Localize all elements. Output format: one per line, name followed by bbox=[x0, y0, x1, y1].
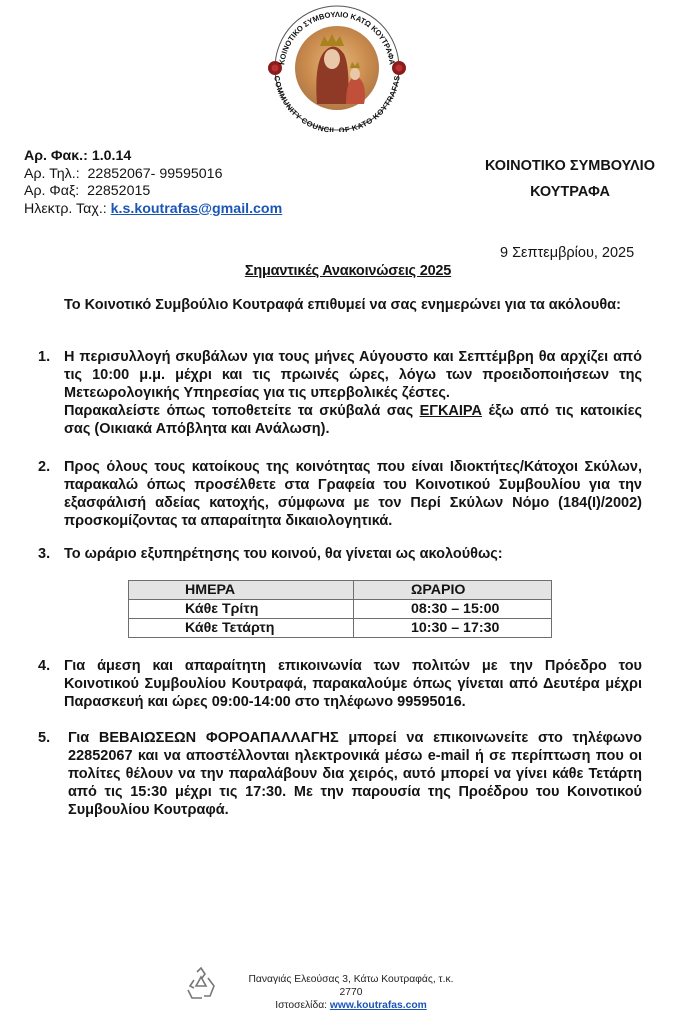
office-hours-table: ΗΜΕΡΑ ΩΡΑΡΙΟ Κάθε Τρίτη 08:30 – 15:00 Κά… bbox=[128, 580, 552, 638]
footer-website-line: Ιστοσελίδα: www.koutrafas.com bbox=[236, 999, 466, 1012]
table-row: Κάθε Τρίτη 08:30 – 15:00 bbox=[129, 600, 552, 619]
contact-block: Αρ. Φακ.: 1.0.14 Αρ. Τηλ.: 22852067- 995… bbox=[24, 148, 282, 218]
table-row: Κάθε Τετάρτη 10:30 – 17:30 bbox=[129, 619, 552, 638]
email-line: Ηλεκτρ. Ταχ.: k.s.koutrafas@gmail.com bbox=[24, 201, 282, 219]
announcement-item-2: 2. Προς όλους τους κατοίκους της κοινότη… bbox=[38, 458, 642, 530]
announcement-item-1: 1. Η περισυλλογή σκυβάλων για τους μήνες… bbox=[38, 348, 642, 438]
website-link[interactable]: www.koutrafas.com bbox=[330, 1000, 427, 1011]
emphasis-on-time: ΕΓΚΑΙΡΑ bbox=[420, 403, 482, 419]
table-header-row: ΗΜΕΡΑ ΩΡΑΡΙΟ bbox=[129, 581, 552, 600]
recycle-icon bbox=[182, 966, 220, 1002]
document-title: Σημαντικές Ανακοινώσεις 2025 bbox=[0, 262, 696, 280]
document-date: 9 Σεπτεμβρίου, 2025 bbox=[500, 245, 634, 261]
community-council-logo: ΚΟΙΝΟΤΙΚΟ ΣΥΜΒΟΥΛΙΟ ΚΑΤΩ ΚΟΥΤΡΑΦΑ COMMUN… bbox=[262, 4, 412, 132]
file-number: Αρ. Φακ.: 1.0.14 bbox=[24, 148, 282, 166]
fax-line: Αρ. Φαξ: 22852015 bbox=[24, 183, 282, 201]
organization-name: ΚΟΙΝΟΤΙΚΟ ΣΥΜΒΟΥΛΙΟ ΚΟΥΤΡΑΦΑ bbox=[470, 158, 670, 200]
announcement-item-3: 3. Το ωράριο εξυπηρέτησης του κοινού, θα… bbox=[38, 545, 642, 563]
announcement-item-4: 4. Για άμεση και απαραίτητη επικοινωνία … bbox=[38, 657, 642, 711]
footer-address: Παναγιάς Ελεούσας 3, Κάτω Κουτραφάς, τ.κ… bbox=[236, 973, 466, 999]
email-link[interactable]: k.s.koutrafas@gmail.com bbox=[111, 201, 283, 217]
announcement-item-5: 5. Για ΒΕΒΑΙΩΣΕΩΝ ΦΟΡΟΑΠΑΛΛΑΓΗΣ μπορεί ν… bbox=[38, 729, 642, 819]
phone-line: Αρ. Τηλ.: 22852067- 99595016 bbox=[24, 166, 282, 184]
footer: Παναγιάς Ελεούσας 3, Κάτω Κουτραφάς, τ.κ… bbox=[236, 973, 466, 1012]
intro-paragraph: Το Κοινοτικό Συμβούλιο Κουτραφά επιθυμεί… bbox=[64, 296, 642, 314]
